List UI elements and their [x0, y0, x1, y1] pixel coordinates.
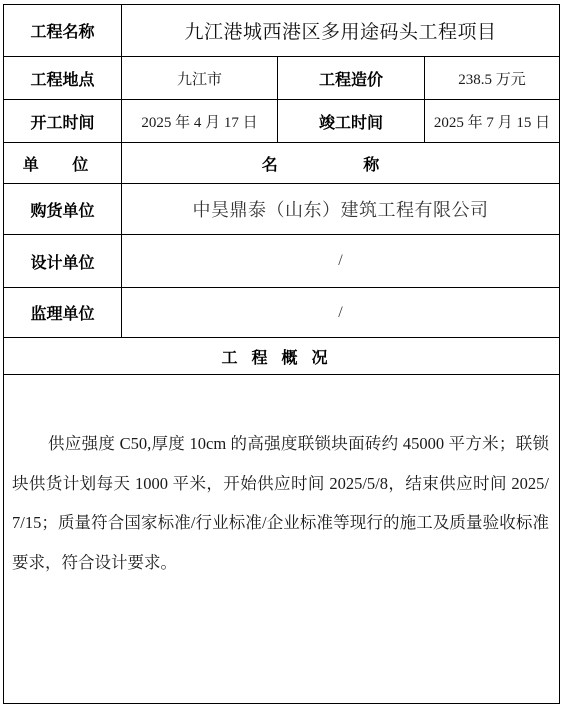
cost-value: 238.5 万元 — [425, 57, 559, 99]
unit-column-header: 单 位 — [4, 143, 122, 183]
row-units-header: 单 位 名 称 — [4, 143, 559, 184]
completion-date-value: 2025 年 7 月 15 日 — [425, 100, 559, 142]
row-project-name: 工程名称 九江港城西港区多用途码头工程项目 — [4, 5, 559, 57]
overview-paragraph: 供应强度 C50,厚度 10cm 的高强度联锁块面砖约 45000 平方米；联锁… — [12, 424, 549, 582]
design-unit-label: 设计单位 — [4, 235, 122, 287]
supervision-unit-label: 监理单位 — [4, 288, 122, 337]
project-name-label: 工程名称 — [4, 5, 122, 56]
name-column-header: 名 称 — [122, 143, 559, 183]
row-supervision-unit: 监理单位 / — [4, 288, 559, 338]
row-dates: 开工时间 2025 年 4 月 17 日 竣工时间 2025 年 7 月 15 … — [4, 100, 559, 143]
row-purchaser: 购货单位 中昊鼎泰（山东）建筑工程有限公司 — [4, 184, 559, 235]
location-value: 九江市 — [122, 57, 278, 99]
unit-header-text: 单 位 — [23, 152, 103, 175]
project-info-table: 工程名称 九江港城西港区多用途码头工程项目 工程地点 九江市 工程造价 238.… — [3, 4, 560, 704]
project-name-value: 九江港城西港区多用途码头工程项目 — [122, 5, 559, 56]
row-overview-heading: 工程概况 — [4, 338, 559, 375]
start-date-value: 2025 年 4 月 17 日 — [122, 100, 278, 142]
overview-body: 供应强度 C50,厚度 10cm 的高强度联锁块面砖约 45000 平方米；联锁… — [4, 374, 559, 703]
completion-date-label: 竣工时间 — [278, 100, 425, 142]
design-unit-value: / — [122, 235, 559, 287]
start-date-label: 开工时间 — [4, 100, 122, 142]
cost-label: 工程造价 — [278, 57, 425, 99]
row-design-unit: 设计单位 / — [4, 235, 559, 288]
location-label: 工程地点 — [4, 57, 122, 99]
supervision-unit-value: / — [122, 288, 559, 337]
purchaser-value: 中昊鼎泰（山东）建筑工程有限公司 — [122, 184, 559, 234]
overview-heading: 工程概况 — [4, 338, 559, 374]
overview-heading-text: 工程概况 — [221, 345, 341, 368]
row-location-cost: 工程地点 九江市 工程造价 238.5 万元 — [4, 57, 559, 100]
purchaser-label: 购货单位 — [4, 184, 122, 234]
name-header-text: 名 称 — [262, 152, 420, 175]
